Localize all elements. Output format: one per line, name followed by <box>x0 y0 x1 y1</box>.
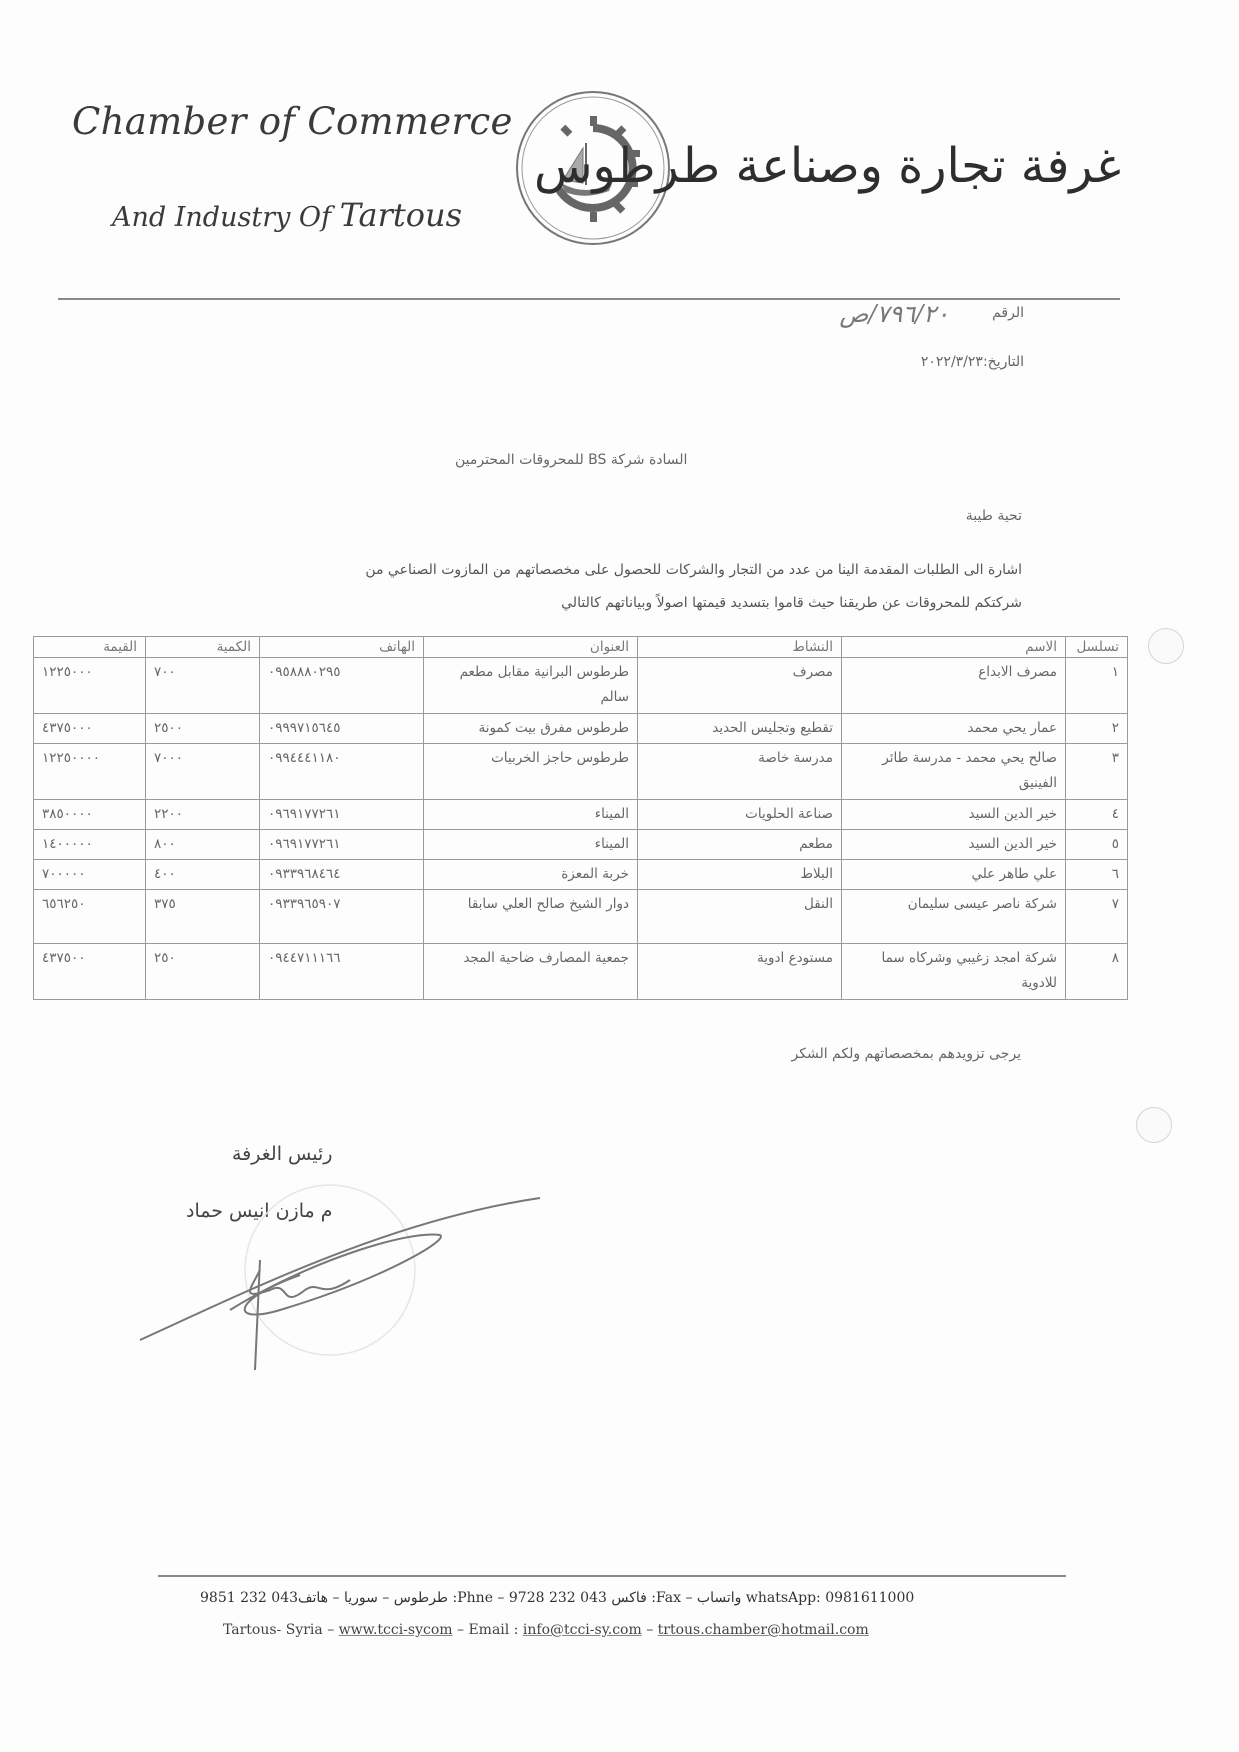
punch-hole-mark <box>1136 1107 1172 1143</box>
cell-serial: ٢ <box>1066 714 1128 744</box>
table-header-row: تسلسل الاسم النشاط العنوان الهاتف الكمية… <box>34 637 1128 658</box>
cell-phone: ٠٩٦٩١٧٧٢٦١ <box>260 830 424 860</box>
english-title-tartous: Tartous <box>340 196 462 234</box>
cell-name: شركة ناصر عيسى سليمان <box>842 890 1066 944</box>
footer-separator: – <box>642 1622 658 1638</box>
cell-value: ١٢٢٥٠٠٠٠ <box>34 744 146 800</box>
cell-name: صالح يحي محمد - مدرسة طائر الفينيق <box>842 744 1066 800</box>
cell-value: ٤٣٧٥٠٠ <box>34 944 146 1000</box>
cell-address: دوار الشيخ صالح العلي سابقا <box>424 890 638 944</box>
cell-quantity: ٢٢٠٠ <box>146 800 260 830</box>
cell-activity: النقل <box>638 890 842 944</box>
cell-quantity: ٢٥٠٠ <box>146 714 260 744</box>
closing-line: يرجى تزويدهم بمخصصاتهم ولكم الشكر <box>792 1046 1022 1062</box>
cell-address: خربة المعزة <box>424 860 638 890</box>
cell-activity: مطعم <box>638 830 842 860</box>
cell-name: شركة امجد زغيبي وشركاه سما للادوية <box>842 944 1066 1000</box>
website-link[interactable]: www.tcci-sycom <box>339 1622 453 1638</box>
cell-name: علي طاهر علي <box>842 860 1066 890</box>
cell-activity: مستودع ادوية <box>638 944 842 1000</box>
cell-value: ٣٨٥٠٠٠٠ <box>34 800 146 830</box>
cell-quantity: ٤٠٠ <box>146 860 260 890</box>
date-value: ٢٠٢٢/٣/٢٣ <box>921 354 983 370</box>
cell-activity: مدرسة خاصة <box>638 744 842 800</box>
table-row: ٤ خير الدين السيد صناعة الحلويات الميناء… <box>34 800 1128 830</box>
footer-web-line: Tartous- Syria – www.tcci-sycom – Email … <box>223 1622 869 1638</box>
header-activity: النشاط <box>638 637 842 658</box>
date-label: التاريخ: <box>983 354 1024 370</box>
cell-phone: ٠٩٦٩١٧٧٢٦١ <box>260 800 424 830</box>
english-title-line2: And Industry Of Tartous <box>112 196 462 234</box>
cell-phone: ٠٩٩٩٧١٥٦٤٥ <box>260 714 424 744</box>
header-serial: تسلسل <box>1066 637 1128 658</box>
cell-quantity: ٨٠٠ <box>146 830 260 860</box>
header-quantity: الكمية <box>146 637 260 658</box>
cell-phone: ٠٩٣٣٩٦٥٩٠٧ <box>260 890 424 944</box>
cell-phone: ٠٩٣٣٩٦٨٤٦٤ <box>260 860 424 890</box>
cell-activity: البلاط <box>638 860 842 890</box>
cell-quantity: ٣٧٥ <box>146 890 260 944</box>
table-row: ٢ عمار يحي محمد تقطيع وتجليس الحديد طرطو… <box>34 714 1128 744</box>
header-name: الاسم <box>842 637 1066 658</box>
cell-value: ١٢٢٥٠٠٠ <box>34 658 146 714</box>
reference-number: ٧٩٦/٢٠/ص <box>839 300 949 328</box>
paragraph-line-1: اشارة الى الطلبات المقدمة الينا من عدد م… <box>222 554 1022 587</box>
table-row: ٧ شركة ناصر عيسى سليمان النقل دوار الشيخ… <box>34 890 1128 944</box>
cell-name: خير الدين السيد <box>842 830 1066 860</box>
cell-name: خير الدين السيد <box>842 800 1066 830</box>
email-link-info[interactable]: info@tcci-sy.com <box>523 1622 642 1638</box>
table-row: ٦ علي طاهر علي البلاط خربة المعزة ٠٩٣٣٩٦… <box>34 860 1128 890</box>
header-address: العنوان <box>424 637 638 658</box>
cell-value: ٤٣٧٥٠٠٠ <box>34 714 146 744</box>
cell-value: ١٤٠٠٠٠٠ <box>34 830 146 860</box>
email-label: – Email : <box>453 1622 523 1638</box>
cell-activity: تقطيع وتجليس الحديد <box>638 714 842 744</box>
handwritten-signature-icon <box>130 1180 550 1400</box>
greeting: تحية طيبة <box>966 508 1022 524</box>
arabic-title: غرفة تجارة وصناعة طرطوس <box>534 138 1121 194</box>
footer-location: Tartous- Syria – <box>223 1622 339 1638</box>
table-row: ١ مصرف الابداع مصرف طرطوس البرانية مقابل… <box>34 658 1128 714</box>
cell-phone: ٠٩٥٨٨٨٠٢٩٥ <box>260 658 424 714</box>
cell-name: مصرف الابداع <box>842 658 1066 714</box>
cell-address: طرطوس حاجز الخربيات <box>424 744 638 800</box>
cell-serial: ٧ <box>1066 890 1128 944</box>
cell-serial: ٥ <box>1066 830 1128 860</box>
english-title-line1: Chamber of Commerce <box>72 100 513 143</box>
cell-address: الميناء <box>424 830 638 860</box>
email-link-hotmail[interactable]: trtous.chamber@hotmail.com <box>658 1622 869 1638</box>
cell-value: ٦٥٦٢٥٠ <box>34 890 146 944</box>
cell-serial: ٣ <box>1066 744 1128 800</box>
cell-quantity: ٢٥٠ <box>146 944 260 1000</box>
cell-serial: ٤ <box>1066 800 1128 830</box>
cell-serial: ٨ <box>1066 944 1128 1000</box>
header-value: القيمة <box>34 637 146 658</box>
cell-serial: ٦ <box>1066 860 1128 890</box>
cell-activity: صناعة الحلويات <box>638 800 842 830</box>
table-row: ٣ صالح يحي محمد - مدرسة طائر الفينيق مدر… <box>34 744 1128 800</box>
cell-address: طرطوس البرانية مقابل مطعم سالم <box>424 658 638 714</box>
english-title-industry: And Industry Of <box>112 202 340 233</box>
cell-quantity: ٧٠٠ <box>146 658 260 714</box>
table-row: ٥ خير الدين السيد مطعم الميناء ٠٩٦٩١٧٧٢٦… <box>34 830 1128 860</box>
cell-phone: ٠٩٩٤٤٤١١٨٠ <box>260 744 424 800</box>
punch-hole-mark <box>1148 628 1184 664</box>
footer-divider <box>158 1575 1066 1577</box>
intro-paragraph: اشارة الى الطلبات المقدمة الينا من عدد م… <box>222 554 1022 620</box>
header-phone: الهاتف <box>260 637 424 658</box>
signatory-title: رئيس الغرفة <box>232 1143 332 1165</box>
cell-phone: ٠٩٤٤٧١١١٦٦ <box>260 944 424 1000</box>
allocations-table: تسلسل الاسم النشاط العنوان الهاتف الكمية… <box>33 636 1128 1000</box>
cell-serial: ١ <box>1066 658 1128 714</box>
cell-value: ٧٠٠٠٠٠ <box>34 860 146 890</box>
cell-address: طرطوس مفرق بيت كمونة <box>424 714 638 744</box>
cell-quantity: ٧٠٠٠ <box>146 744 260 800</box>
cell-activity: مصرف <box>638 658 842 714</box>
date-line: التاريخ:٢٠٢٢/٣/٢٣ <box>921 354 1024 370</box>
addressee: السادة شركة BS للمحروقات المحترمين <box>455 452 687 468</box>
cell-address: الميناء <box>424 800 638 830</box>
cell-name: عمار يحي محمد <box>842 714 1066 744</box>
table-row: ٨ شركة امجد زغيبي وشركاه سما للادوية مست… <box>34 944 1128 1000</box>
reference-label: الرقم <box>992 305 1024 321</box>
cell-address: جمعية المصارف ضاحية المجد <box>424 944 638 1000</box>
footer-contact-line: طرطوس – سوريا – هاتف043 232 9851 :Phne –… <box>200 1590 914 1606</box>
paragraph-line-2: شركتكم للمحروقات عن طريقنا حيث قاموا بتس… <box>222 587 1022 620</box>
header-divider <box>58 298 1120 300</box>
